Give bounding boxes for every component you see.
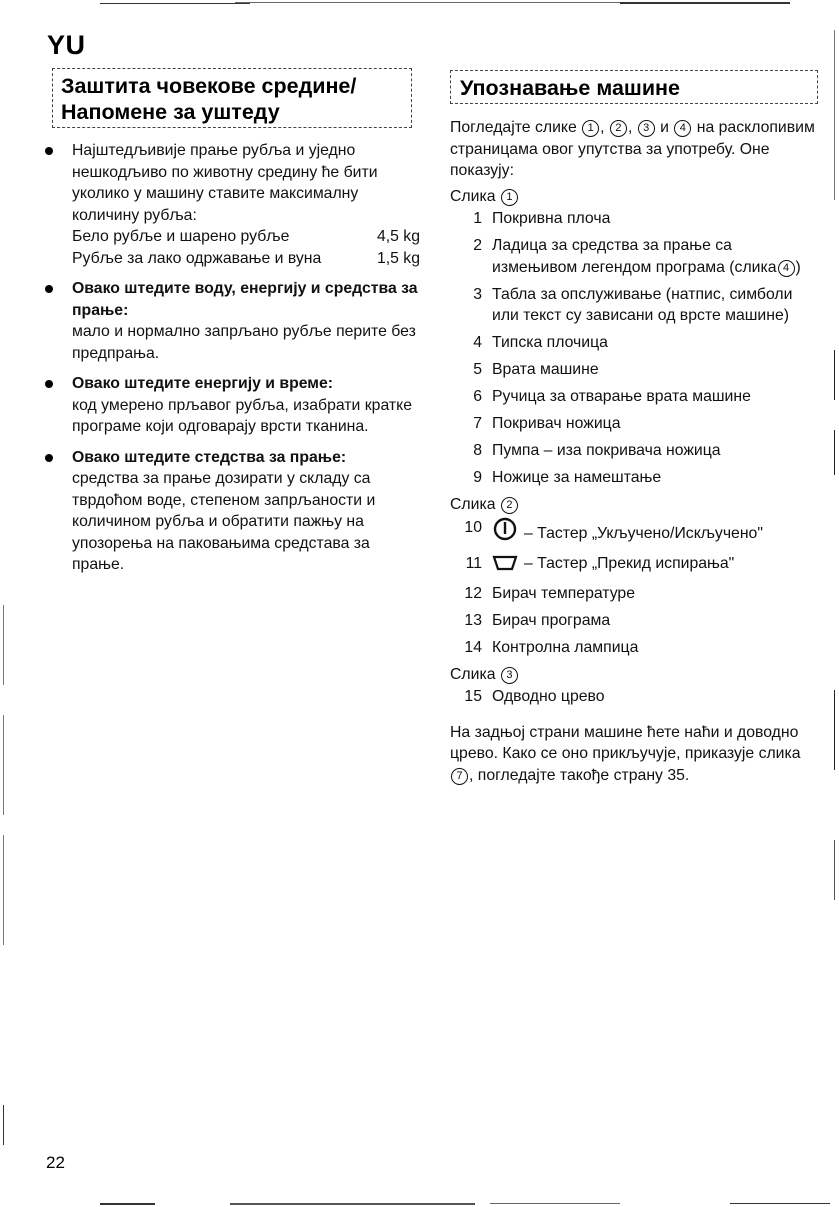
load-row: Рубље за лако одржавање и вуна 1,5 kg [72, 248, 420, 270]
figure-word: Слика [450, 496, 496, 513]
item-text: Контролна лампица [492, 639, 638, 656]
bullet-icon [45, 380, 53, 388]
item-text: Покривна плоча [492, 210, 610, 227]
scan-edge-bottom [490, 1203, 620, 1204]
component-list-item: 11– Тастер „Прекид испирања" [450, 553, 820, 578]
figure-ref-circle: 4 [778, 260, 795, 277]
intro-text: Погледајте слике [450, 119, 577, 136]
item-text: Бирач температуре [492, 585, 635, 602]
figure-ref-circle: 1 [582, 120, 599, 137]
figures-list: Слика 11Покривна плоча2Ладица за средств… [450, 186, 820, 708]
load-row: Бело рубље и шарено рубље 4,5 kg [72, 226, 420, 248]
item-number: 11 [450, 553, 482, 578]
power-symbol-icon [492, 517, 518, 548]
item-text: Покривач ножица [492, 415, 621, 432]
figure-ref-circle: 2 [610, 120, 627, 137]
figure-ref-circle: 7 [451, 768, 468, 785]
scan-edge-left [3, 835, 4, 945]
section-heading-environment: Заштита човекове средине/ Напомене за уш… [52, 68, 412, 128]
item-number: 2 [450, 235, 482, 278]
component-list-item: 13Бирач програма [450, 610, 820, 632]
item-text-wrapper: Покривач ножица [482, 413, 820, 435]
separator: , [600, 119, 604, 136]
outro-text: , погледајте такође страну 35. [469, 767, 689, 784]
bullet-icon [45, 147, 53, 155]
item-text: Пумпа – иза покривача ножица [492, 442, 721, 459]
item-text-wrapper: Ножице за намештање [482, 467, 820, 489]
component-list-item: 6Ручица за отварање врата машине [450, 386, 820, 408]
tip-water-energy: Овако штедите воду, енергију и средства … [44, 278, 420, 364]
item-number: 6 [450, 386, 482, 408]
component-list-item: 14Контролна лампица [450, 637, 820, 659]
load-label: Бело рубље и шарено рубље [72, 226, 289, 248]
item-number: 12 [450, 583, 482, 605]
tip-text: Најштедљивије прање рубља и уједно нешко… [72, 142, 378, 224]
component-list-item: 5Врата машине [450, 359, 820, 381]
figure-ref-circle: 3 [638, 120, 655, 137]
scan-edge-right [834, 690, 835, 770]
item-text: Врата машине [492, 361, 599, 378]
item-text-wrapper: – Тастер „Укључено/Искључено" [482, 517, 820, 548]
machine-overview: Погледајте слике 1, 2, 3 и 4 на расклопи… [450, 117, 820, 786]
savings-tips-list: Најштедљивије прање рубља и уједно нешко… [44, 140, 420, 585]
figure-number-circle: 2 [501, 497, 518, 514]
item-number: 8 [450, 440, 482, 462]
component-list-item: 1Покривна плоча [450, 208, 820, 230]
tip-text: код умерено прљавог рубља, изабрати крат… [72, 395, 420, 438]
component-list-item: 15Одводно црево [450, 686, 820, 708]
item-text-wrapper: Покривна плоча [482, 208, 820, 230]
item-text-wrapper: Типска плочица [482, 332, 820, 354]
bullet-icon [45, 454, 53, 462]
bullet-icon [45, 285, 53, 293]
tip-title: Овако штедите воду, енергију и средства … [72, 278, 420, 321]
item-number: 4 [450, 332, 482, 354]
item-text: – Тастер „Укључено/Искључено" [524, 525, 763, 542]
heading-line-1: Заштита човекове средине/ [61, 73, 411, 99]
item-text-wrapper: Контролна лампица [482, 637, 820, 659]
page-number: 22 [46, 1153, 65, 1173]
scan-edge-bottom [730, 1203, 830, 1204]
scan-edge-right [834, 30, 835, 200]
item-text: Бирач програма [492, 612, 610, 629]
component-list-item: 3Табла за опслуживање (натпис, симболи и… [450, 284, 820, 327]
item-text-wrapper: Бирач програма [482, 610, 820, 632]
rinse-hold-tub-icon [492, 555, 518, 578]
scan-edge-left [3, 1105, 4, 1145]
scan-edge-top [620, 2, 790, 4]
tip-title: Овако штедите стедства за прање: [72, 447, 420, 469]
item-text: Ладица за средства за прање са измењивом… [492, 237, 777, 276]
scan-edge-right [834, 840, 835, 900]
item-text: Ножице за намештање [492, 469, 661, 486]
item-number: 3 [450, 284, 482, 327]
scan-edge-bottom [100, 1203, 155, 1205]
tip-text: средства за прање дозирати у складу са т… [72, 468, 420, 576]
item-text-wrapper: Табла за опслуживање (натпис, симболи ил… [482, 284, 820, 327]
figure-number-circle: 1 [501, 189, 518, 206]
item-number: 14 [450, 637, 482, 659]
scan-edge-right [834, 430, 835, 475]
item-text: – Тастер „Прекид испирања" [524, 555, 734, 572]
item-text-wrapper: Ручица за отварање врата машине [482, 386, 820, 408]
component-list-item: 9Ножице за намештање [450, 467, 820, 489]
conjunction: и [660, 119, 669, 136]
figure-word: Слика [450, 666, 496, 683]
figure-label: Слика 2 [450, 494, 820, 516]
item-text-wrapper: Бирач температуре [482, 583, 820, 605]
item-text: Типска плочица [492, 334, 608, 351]
heading-text: Упознавање машине [460, 75, 817, 101]
item-text-wrapper: Ладица за средства за прање са измењивом… [482, 235, 820, 278]
outro-text: На задњој страни машине ћете наћи и дово… [450, 724, 801, 763]
scan-edge-top [235, 2, 655, 3]
figure-label: Слика 1 [450, 186, 820, 208]
scan-edge-left [3, 605, 4, 685]
component-list-item: 8Пумпа – иза покривача ножица [450, 440, 820, 462]
tip-full-load: Најштедљивије прање рубља и уједно нешко… [44, 140, 420, 269]
tip-text: мало и нормално запрљано рубље перите бе… [72, 321, 420, 364]
scan-edge-left [3, 715, 4, 815]
outro-paragraph: На задњој страни машине ћете наћи и дово… [450, 722, 820, 787]
item-text-wrapper: – Тастер „Прекид испирања" [482, 553, 820, 578]
item-text: Табла за опслуживање (натпис, симболи ил… [492, 286, 792, 325]
item-number: 10 [450, 517, 482, 548]
scan-edge-bottom [230, 1203, 475, 1205]
item-number: 1 [450, 208, 482, 230]
scan-edge-top [100, 3, 250, 4]
item-number: 9 [450, 467, 482, 489]
scan-edge-right [834, 350, 835, 400]
component-list-item: 12Бирач температуре [450, 583, 820, 605]
figure-ref-circle: 4 [674, 120, 691, 137]
figure-word: Слика [450, 188, 496, 205]
language-code: YU [47, 30, 86, 61]
item-text-wrapper: Одводно црево [482, 686, 820, 708]
intro-paragraph: Погледајте слике 1, 2, 3 и 4 на расклопи… [450, 117, 820, 182]
load-value: 4,5 kg [377, 226, 420, 248]
component-list-item: 10– Тастер „Укључено/Искључено" [450, 517, 820, 548]
item-text-wrapper: Пумпа – иза покривача ножица [482, 440, 820, 462]
tip-detergent: Овако штедите стедства за прање: средств… [44, 447, 420, 576]
component-list-item: 2Ладица за средства за прање са измењиво… [450, 235, 820, 278]
tip-energy-time: Овако штедите енергију и време: код умер… [44, 373, 420, 438]
item-number: 7 [450, 413, 482, 435]
load-value: 1,5 kg [377, 248, 420, 270]
section-heading-machine-overview: Упознавање машине [450, 70, 818, 104]
item-text: Ручица за отварање врата машине [492, 388, 751, 405]
load-label: Рубље за лако одржавање и вуна [72, 248, 321, 270]
component-list-item: 4Типска плочица [450, 332, 820, 354]
item-number: 15 [450, 686, 482, 708]
heading-line-2: Напомене за уштеду [61, 99, 411, 125]
component-list-item: 7Покривач ножица [450, 413, 820, 435]
figure-number-circle: 3 [501, 667, 518, 684]
tip-title: Овако штедите енергију и време: [72, 373, 420, 395]
figure-label: Слика 3 [450, 664, 820, 686]
item-suffix: ) [796, 259, 801, 276]
item-number: 13 [450, 610, 482, 632]
item-text-wrapper: Врата машине [482, 359, 820, 381]
item-text: Одводно црево [492, 688, 605, 705]
item-number: 5 [450, 359, 482, 381]
separator: , [628, 119, 632, 136]
